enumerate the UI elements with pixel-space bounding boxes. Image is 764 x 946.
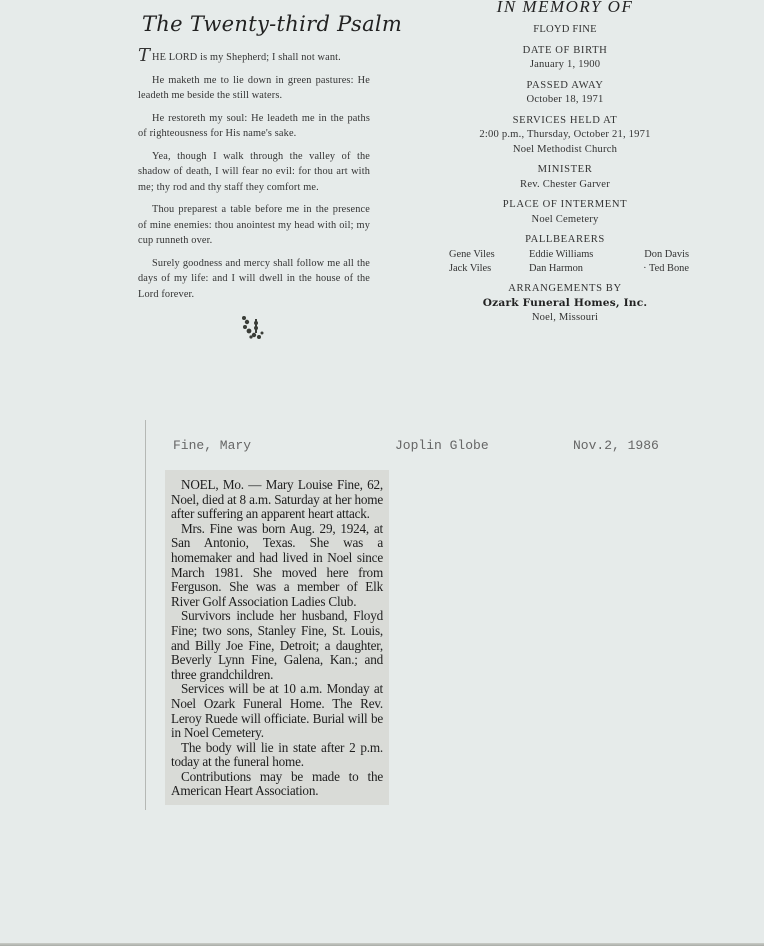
psalm-card: The Twenty-third Psalm THE LORD is my Sh…: [138, 12, 370, 309]
birth-label: DATE OF BIRTH: [445, 44, 685, 59]
funeral-home-name: Ozark Funeral Homes, Inc.: [445, 296, 685, 311]
minister-name: Rev. Chester Garver: [445, 178, 685, 193]
interment-place: Noel Cemetery: [445, 213, 685, 228]
obituary-paragraph: Services will be at 10 a.m. Monday at No…: [171, 682, 383, 740]
pallbearer: Dan Harmon: [529, 262, 617, 276]
clipping-date: Nov.2, 1986: [573, 438, 659, 453]
services-place: Noel Methodist Church: [445, 143, 685, 158]
pallbearer: Eddie Williams: [529, 248, 617, 262]
pallbearer: Don Davis: [617, 248, 689, 262]
obituary-clipping: NOEL, Mo. — Mary Louise Fine, 62, Noel, …: [165, 470, 389, 805]
psalm-verse: He restoreth my soul: He leadeth me in t…: [138, 111, 370, 142]
obituary-paragraph: NOEL, Mo. — Mary Louise Fine, 62, Noel, …: [171, 478, 383, 522]
pallbearer: Gene Viles: [449, 248, 529, 262]
pallbearers-list: Gene Viles Eddie Williams Don Davis Jack…: [449, 248, 685, 276]
interment-label: PLACE OF INTERMENT: [445, 198, 685, 213]
psalm-verse: Surely goodness and mercy shall follow m…: [138, 256, 370, 303]
services-label: SERVICES HELD AT: [445, 114, 685, 129]
psalm-verse: He maketh me to lie down in green pastur…: [138, 73, 370, 104]
clipping-subject: Fine, Mary: [173, 438, 251, 453]
psalm-verse: Yea, though I walk through the valley of…: [138, 149, 370, 196]
obituary-paragraph: Contributions may be made to the America…: [171, 770, 383, 799]
pallbearer: · Ted Bone: [617, 262, 689, 276]
funeral-home-location: Noel, Missouri: [445, 311, 685, 326]
obituary-paragraph: Survivors include her husband, Floyd Fin…: [171, 609, 383, 682]
services-time: 2:00 p.m., Thursday, October 21, 1971: [445, 128, 685, 143]
death-label: PASSED AWAY: [445, 79, 685, 94]
obituary-paragraph: The body will lie in state after 2 p.m. …: [171, 741, 383, 770]
psalm-title: The Twenty-third Psalm: [142, 12, 370, 36]
death-date: October 18, 1971: [445, 93, 685, 108]
pallbearer: Jack Viles: [449, 262, 529, 276]
memorial-card: IN MEMORY OF FLOYD FINE DATE OF BIRTH Ja…: [445, 0, 685, 325]
memorial-heading: IN MEMORY OF: [445, 0, 685, 17]
arrangements-label: ARRANGEMENTS BY: [445, 282, 685, 297]
pallbearers-label: PALLBEARERS: [445, 233, 685, 248]
birth-date: January 1, 1900: [445, 58, 685, 73]
floral-sprig-icon: [238, 313, 268, 343]
obituary-paragraph: Mrs. Fine was born Aug. 29, 1924, at San…: [171, 522, 383, 610]
drop-cap: T: [138, 48, 150, 64]
margin-rule: [145, 420, 146, 810]
psalm-verse: Thou preparest a table before me in the …: [138, 202, 370, 249]
deceased-name: FLOYD FINE: [445, 23, 685, 38]
minister-label: MINISTER: [445, 163, 685, 178]
psalm-verse: THE LORD is my Shepherd; I shall not wan…: [138, 50, 370, 66]
clipping-source: Joplin Globe: [395, 438, 489, 453]
